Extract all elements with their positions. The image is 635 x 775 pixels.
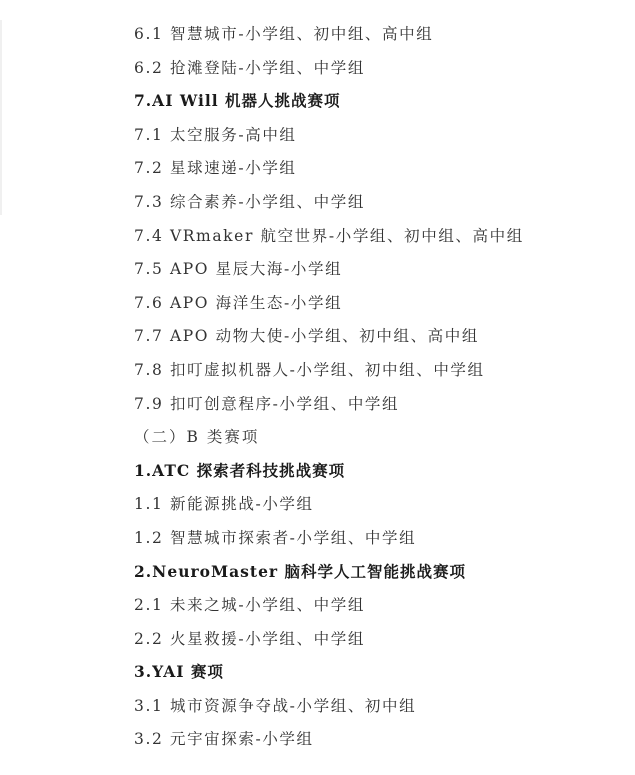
item-7-3: 7.3 综合素养-小学组、中学组 — [134, 188, 614, 222]
item-7-6: 7.6 APO 海洋生态-小学组 — [134, 289, 614, 323]
item-6-1: 6.1 智慧城市-小学组、初中组、高中组 — [134, 20, 614, 54]
item-3-2: 3.2 元宇宙探索-小学组 — [134, 725, 614, 759]
heading-2-neuromaster: 2.NeuroMaster 脑科学人工智能挑战赛项 — [134, 558, 614, 592]
heading-3-yai: 3.YAI 赛项 — [134, 658, 614, 692]
item-3-1: 3.1 城市资源争夺战-小学组、初中组 — [134, 692, 614, 726]
item-7-7: 7.7 APO 动物大使-小学组、初中组、高中组 — [134, 322, 614, 356]
item-2-2: 2.2 火星救援-小学组、中学组 — [134, 625, 614, 659]
item-7-4: 7.4 VRmaker 航空世界-小学组、初中组、高中组 — [134, 222, 614, 256]
section-b-category: （二）B 类赛项 — [134, 423, 614, 457]
item-2-1: 2.1 未来之城-小学组、中学组 — [134, 591, 614, 625]
item-7-9: 7.9 扣叮创意程序-小学组、中学组 — [134, 390, 614, 424]
item-7-2: 7.2 星球速递-小学组 — [134, 154, 614, 188]
item-1-2: 1.2 智慧城市探索者-小学组、中学组 — [134, 524, 614, 558]
item-6-2: 6.2 抢滩登陆-小学组、中学组 — [134, 54, 614, 88]
item-7-5: 7.5 APO 星辰大海-小学组 — [134, 255, 614, 289]
item-7-1: 7.1 太空服务-高中组 — [134, 121, 614, 155]
heading-7-ai-will: 7.AI Will 机器人挑战赛项 — [134, 87, 614, 121]
document-body: 6.1 智慧城市-小学组、初中组、高中组 6.2 抢滩登陆-小学组、中学组 7.… — [134, 20, 614, 759]
heading-1-atc: 1.ATC 探索者科技挑战赛项 — [134, 457, 614, 491]
item-1-1: 1.1 新能源挑战-小学组 — [134, 490, 614, 524]
page-edge-line — [0, 20, 2, 215]
item-7-8: 7.8 扣叮虚拟机器人-小学组、初中组、中学组 — [134, 356, 614, 390]
